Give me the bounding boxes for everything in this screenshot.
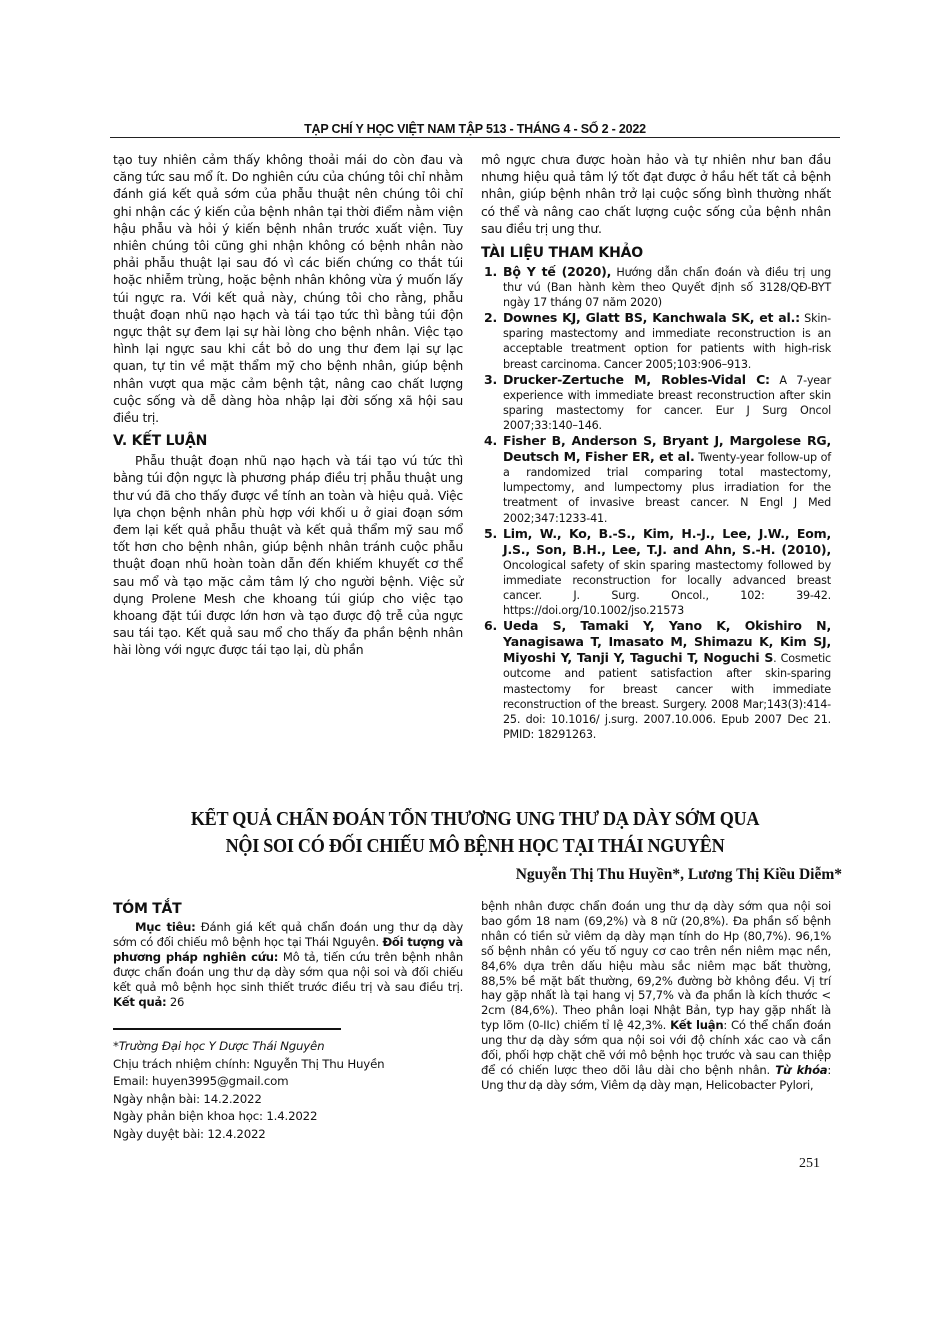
running-header: TẠP CHÍ Y HỌC VIỆT NAM TẬP 513 - THÁNG 4…	[110, 121, 840, 137]
results-text: bệnh nhân được chẩn đoán ung thư dạ dày …	[481, 899, 831, 1032]
date-received: Ngày nhận bài: 14.2.2022	[113, 1091, 463, 1109]
objective-label: Mục tiêu:	[135, 920, 196, 934]
results-label: Kết quả:	[113, 995, 166, 1009]
reference-item: 5.Lim, W., Ko, B.-S., Kim, H.-J., Lee, J…	[481, 526, 831, 619]
article-authors: Nguyễn Thị Thu Huyền*, Lương Thị Kiều Di…	[516, 865, 842, 885]
discussion-paragraph: tạo tuy nhiên cảm thấy không thoải mái d…	[113, 151, 463, 426]
article-title: KẾT QUẢ CHẨN ĐOÁN TỔN THƯƠNG UNG THƯ DẠ …	[136, 806, 815, 860]
reference-item: 4.Fisher B, Anderson S, Bryant J, Margol…	[481, 433, 831, 526]
reference-item: 1.Bộ Y tế (2020), Hướng dẫn chẩn đoán và…	[481, 264, 831, 310]
conclusion-heading: V. KẾT LUẬN	[113, 432, 463, 450]
references-heading: TÀI LIỆU THAM KHẢO	[481, 244, 831, 262]
results-text-start: 26	[166, 995, 184, 1009]
date-reviewed: Ngày phản biện khoa học: 1.4.2022	[113, 1108, 463, 1126]
corresponding-author: Chịu trách nhiệm chính: Nguyễn Thị Thu H…	[113, 1056, 463, 1074]
reference-authors: Lim, W., Ko, B.-S., Kim, H.-J., Lee, J.W…	[503, 526, 831, 557]
affiliation: *Trường Đại học Y Dược Thái Nguyên	[113, 1038, 463, 1056]
conclusion-continued-paragraph: mô ngực chưa được hoàn hảo và tự nhiên n…	[481, 151, 831, 237]
reference-item: 3.Drucker-Zertuche M, Robles-Vidal C: A …	[481, 372, 831, 433]
reference-authors: Drucker-Zertuche M, Robles-Vidal C:	[503, 372, 770, 387]
article1-left-column: tạo tuy nhiên cảm thấy không thoải mái d…	[113, 151, 463, 659]
reference-text: Oncological safety of skin sparing maste…	[503, 559, 831, 617]
abstract-left-column: TÓM TẮT Mục tiêu: Đánh giá kết quả chẩn …	[113, 900, 463, 1009]
journal-page: TẠP CHÍ Y HỌC VIỆT NAM TẬP 513 - THÁNG 4…	[0, 0, 942, 1333]
reference-list: 1.Bộ Y tế (2020), Hướng dẫn chẩn đoán và…	[481, 264, 831, 742]
footnotes: *Trường Đại học Y Dược Thái Nguyên Chịu …	[113, 1038, 463, 1144]
abstract-paragraph: Mục tiêu: Đánh giá kết quả chẩn đoán ung…	[113, 920, 463, 1009]
header-rule	[110, 137, 840, 138]
reference-authors: Bộ Y tế (2020),	[503, 264, 611, 279]
abstract-heading: TÓM TẮT	[113, 900, 463, 918]
email: Email: huyen3995@gmail.com	[113, 1073, 463, 1091]
reference-item: 6.Ueda S, Tamaki Y, Yano K, Okishiro N, …	[481, 618, 831, 742]
abstract-continued-paragraph: bệnh nhân được chẩn đoán ung thư dạ dày …	[481, 899, 831, 1093]
article1-right-column: mô ngực chưa được hoàn hảo và tự nhiên n…	[481, 151, 831, 742]
reference-authors: Downes KJ, Glatt BS, Kanchwala SK, et al…	[503, 310, 800, 325]
reference-item: 2.Downes KJ, Glatt BS, Kanchwala SK, et …	[481, 310, 831, 371]
reference-text: . Cosmetic outcome and patient satisfact…	[503, 652, 831, 740]
page-number: 251	[799, 1156, 820, 1172]
keywords-label: Từ khóa	[775, 1063, 827, 1077]
conclusion-label: Kết luận	[670, 1018, 723, 1032]
article-title-line-2: NỘI SOI CÓ ĐỐI CHIẾU MÔ BỆNH HỌC TẠI THÁ…	[136, 833, 815, 860]
date-approved: Ngày duyệt bài: 12.4.2022	[113, 1126, 463, 1144]
article-title-line-1: KẾT QUẢ CHẨN ĐOÁN TỔN THƯƠNG UNG THƯ DẠ …	[136, 806, 815, 833]
abstract-right-column: bệnh nhân được chẩn đoán ung thư dạ dày …	[481, 899, 831, 1093]
footnote-rule	[113, 1028, 341, 1030]
conclusion-paragraph: Phẫu thuật đoạn nhũ nạo hạch và tái tạo …	[113, 452, 463, 658]
